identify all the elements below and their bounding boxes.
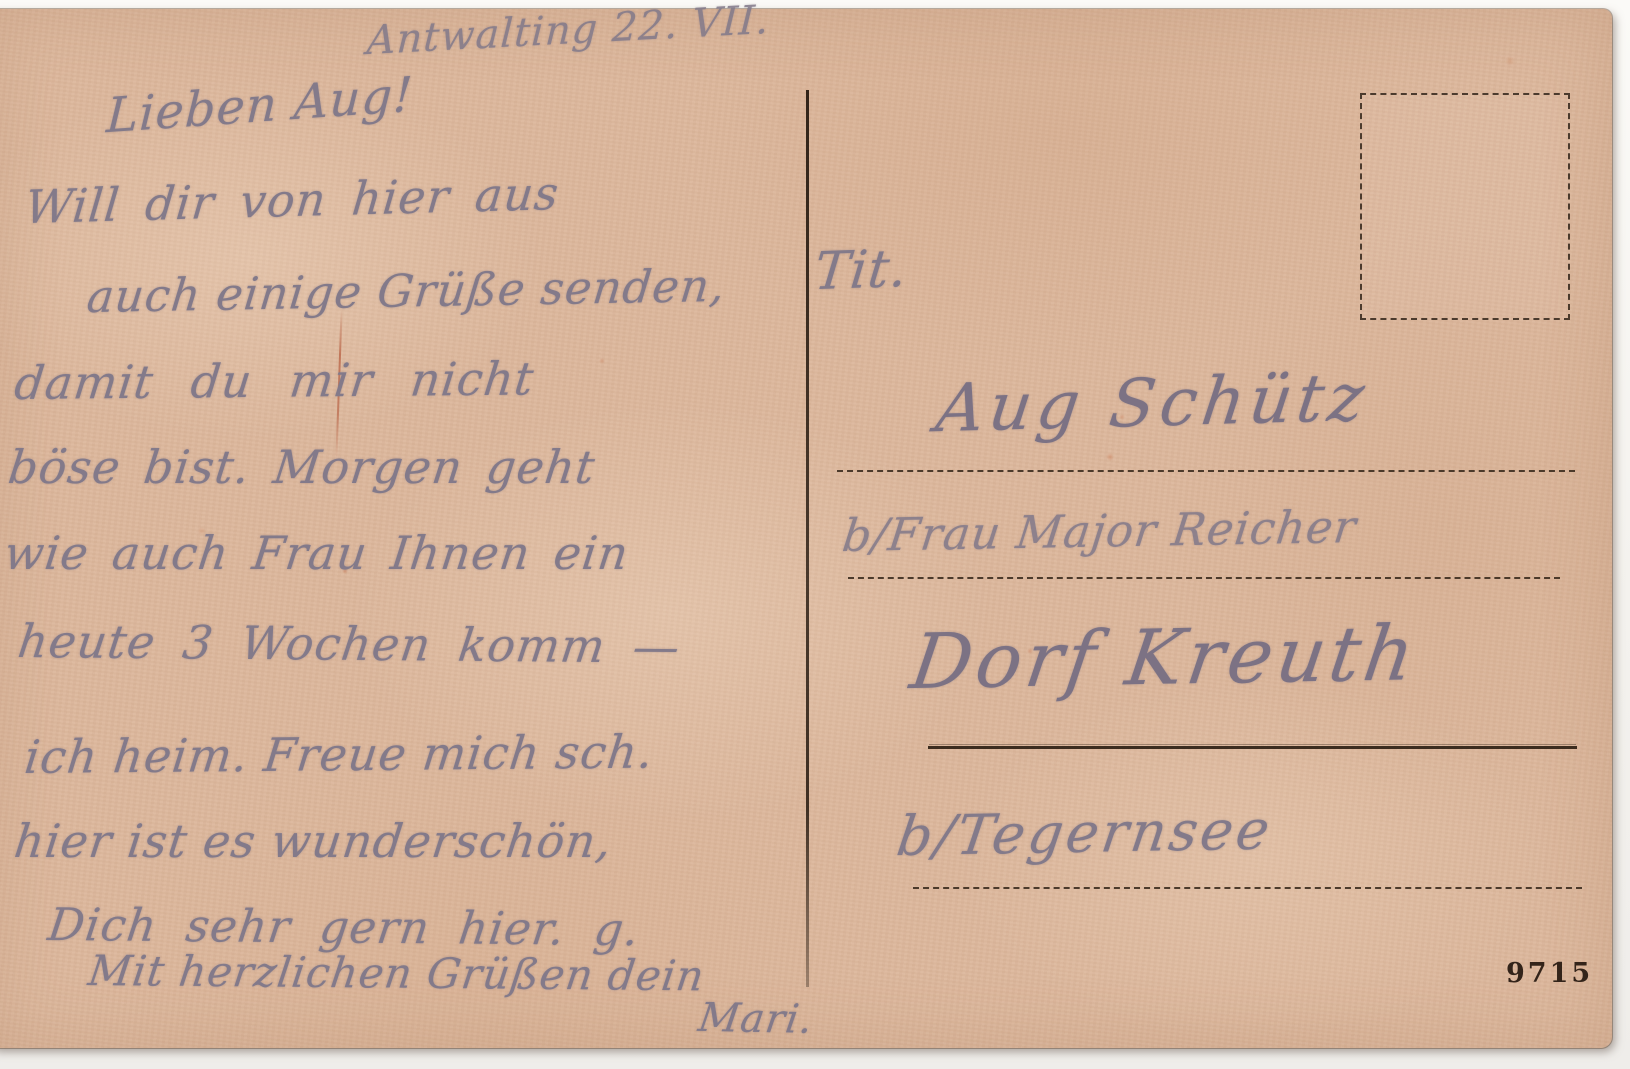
center-divider-line — [806, 90, 809, 987]
postcard: 9715 Antwalting 22. VII. Lieben Aug! Wil… — [0, 9, 1612, 1048]
message-line: auch einige Grüße senden, — [84, 259, 728, 323]
scan-background: { "postcard": { "kind": "handwritten pos… — [0, 0, 1630, 1069]
address-title: Tit. — [812, 239, 911, 302]
handwritten-greeting: Lieben Aug! — [105, 67, 415, 145]
address-place: Dorf Kreuth — [905, 608, 1423, 706]
address-rule-3 — [928, 746, 1577, 749]
message-line: ich heim. Freue mich sch. — [22, 725, 657, 785]
printed-serial-number: 9715 — [1506, 958, 1593, 989]
stamp-box — [1360, 93, 1570, 320]
address-care-of: b/Frau Major Reicher — [839, 500, 1359, 562]
address-rule-2 — [848, 577, 1560, 579]
message-line: hier ist es wunderschön, — [11, 814, 615, 868]
address-rule-4 — [913, 887, 1582, 889]
message-line: heute 3 Wochen komm — — [15, 614, 684, 674]
message-line: damit du mir nicht — [12, 351, 537, 410]
address-name: Aug Schütz — [932, 359, 1374, 448]
handwritten-dateline: Antwalting 22. VII. — [366, 0, 771, 64]
message-line: Will dir von hier aus — [23, 166, 562, 234]
handwritten-closing: Mit herzlichen Grüßen dein — [86, 946, 708, 1000]
message-line: böse bist. Morgen geht — [5, 440, 598, 494]
handwritten-signature: Mari. — [696, 995, 817, 1043]
address-rule-1 — [837, 470, 1575, 472]
address-post-town: b/Tegernsee — [893, 797, 1276, 868]
message-line: wie auch Frau Ihnen ein — [1, 526, 632, 580]
